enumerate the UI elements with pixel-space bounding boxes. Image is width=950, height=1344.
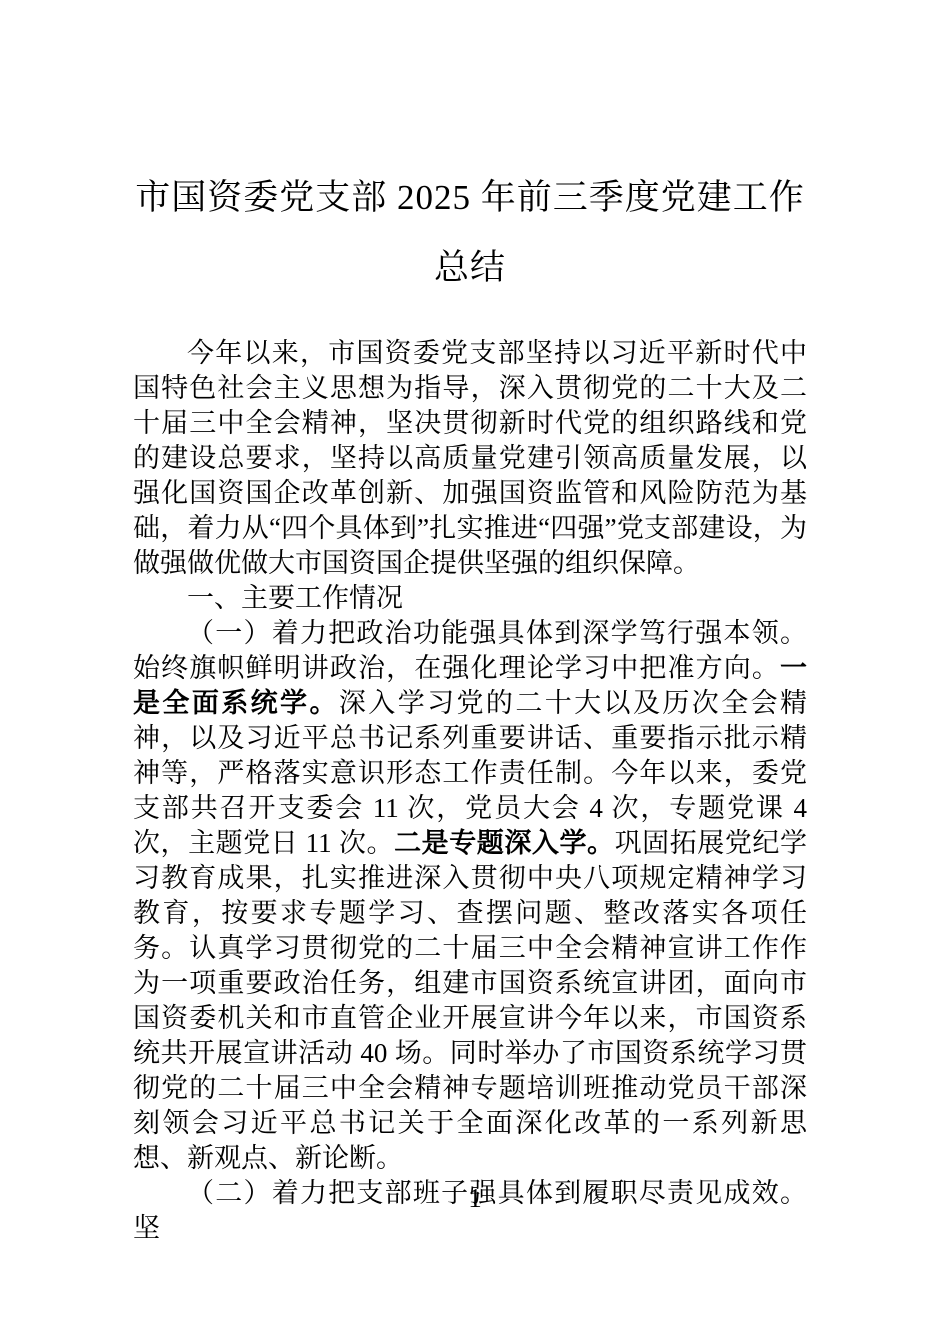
document-page: 市国资委党支部 2025 年前三季度党建工作 总结 今年以来，市国资委党支部坚持…: [0, 0, 950, 1344]
section-heading-main-work: 一、主要工作情况: [133, 581, 807, 616]
page-number: 1: [0, 1181, 950, 1216]
subsection-1-paragraph: （一）着力把政治功能强具体到深学笃行强本领。始终旗帜鲜明讲政治，在强化理论学习中…: [133, 616, 807, 1176]
title-line-1: 市国资委党支部 2025 年前三季度党建工作: [133, 163, 807, 233]
document-body: 今年以来，市国资委党支部坚持以习近平新时代中国特色社会主义思想为指导，深入贯彻党…: [133, 336, 807, 1246]
title-line-2: 总结: [133, 233, 807, 303]
intro-paragraph: 今年以来，市国资委党支部坚持以习近平新时代中国特色社会主义思想为指导，深入贯彻党…: [133, 336, 807, 581]
subsection-1-lead-text: （一）着力把政治功能强具体到深学笃行强本领。始终旗帜鲜明讲政治，在强化理论学习中…: [133, 618, 807, 683]
point-2-body-text: 巩固拓展党纪学习教育成果，扎实推进深入贯彻中央八项规定精神学习教育，按要求专题学…: [133, 828, 807, 1173]
document-title: 市国资委党支部 2025 年前三季度党建工作 总结: [133, 163, 807, 303]
bold-point-2-special-study: 二是专题深入学。: [394, 828, 615, 858]
